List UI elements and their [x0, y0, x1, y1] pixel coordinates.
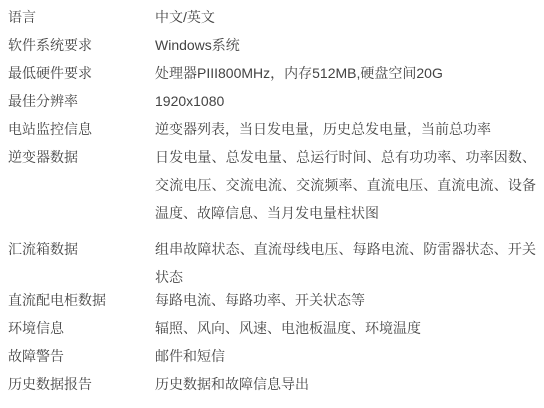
spec-label: 最低硬件要求	[8, 59, 155, 87]
spec-row: 最低硬件要求 处理器PIII800MHz，内存512MB,硬盘空间20G	[8, 59, 536, 87]
spec-value: 邮件和短信	[155, 342, 536, 370]
spec-row: 历史数据报告 历史数据和故障信息导出	[8, 370, 536, 398]
spec-label: 最佳分辨率	[8, 87, 155, 115]
spec-table: 语言 中文/英文 软件系统要求 Windows系统 最低硬件要求 处理器PIII…	[0, 0, 544, 398]
spec-value: 1920x1080	[155, 87, 536, 115]
spec-row: 电站监控信息 逆变器列表，当日发电量，历史总发电量，当前总功率	[8, 115, 536, 143]
spec-value: 日发电量、总发电量、总运行时间、总有功功率、功率因数、交流电压、交流电流、交流频…	[155, 143, 536, 227]
spec-value: 每路电流、每路功率、开关状态等	[155, 286, 536, 314]
spec-row: 汇流箱数据 组串故障状态、直流母线电压、每路电流、防雷器状态、开关状态	[8, 235, 536, 291]
spec-value: 辐照、风向、风速、电池板温度、环境温度	[155, 314, 536, 342]
spec-row: 语言 中文/英文	[8, 3, 536, 31]
spec-label: 汇流箱数据	[8, 235, 155, 263]
spec-row: 故障警告 邮件和短信	[8, 342, 536, 370]
spec-row: 直流配电柜数据 每路电流、每路功率、开关状态等	[8, 286, 536, 314]
spec-row: 逆变器数据 日发电量、总发电量、总运行时间、总有功功率、功率因数、交流电压、交流…	[8, 143, 536, 227]
spec-value: 处理器PIII800MHz，内存512MB,硬盘空间20G	[155, 59, 536, 87]
spec-label: 逆变器数据	[8, 143, 155, 171]
spec-value: 组串故障状态、直流母线电压、每路电流、防雷器状态、开关状态	[155, 235, 536, 291]
spec-row: 环境信息 辐照、风向、风速、电池板温度、环境温度	[8, 314, 536, 342]
spec-label: 电站监控信息	[8, 115, 155, 143]
spec-value: 逆变器列表，当日发电量，历史总发电量，当前总功率	[155, 115, 536, 143]
spec-label: 语言	[8, 3, 155, 31]
spec-row: 最佳分辨率 1920x1080	[8, 87, 536, 115]
spec-label: 历史数据报告	[8, 370, 155, 398]
spec-value: Windows系统	[155, 31, 536, 59]
spec-label: 软件系统要求	[8, 31, 155, 59]
spec-value: 中文/英文	[155, 3, 536, 31]
spec-label: 故障警告	[8, 342, 155, 370]
spec-label: 直流配电柜数据	[8, 286, 155, 314]
spec-row: 软件系统要求 Windows系统	[8, 31, 536, 59]
spec-label: 环境信息	[8, 314, 155, 342]
spec-value: 历史数据和故障信息导出	[155, 370, 536, 398]
